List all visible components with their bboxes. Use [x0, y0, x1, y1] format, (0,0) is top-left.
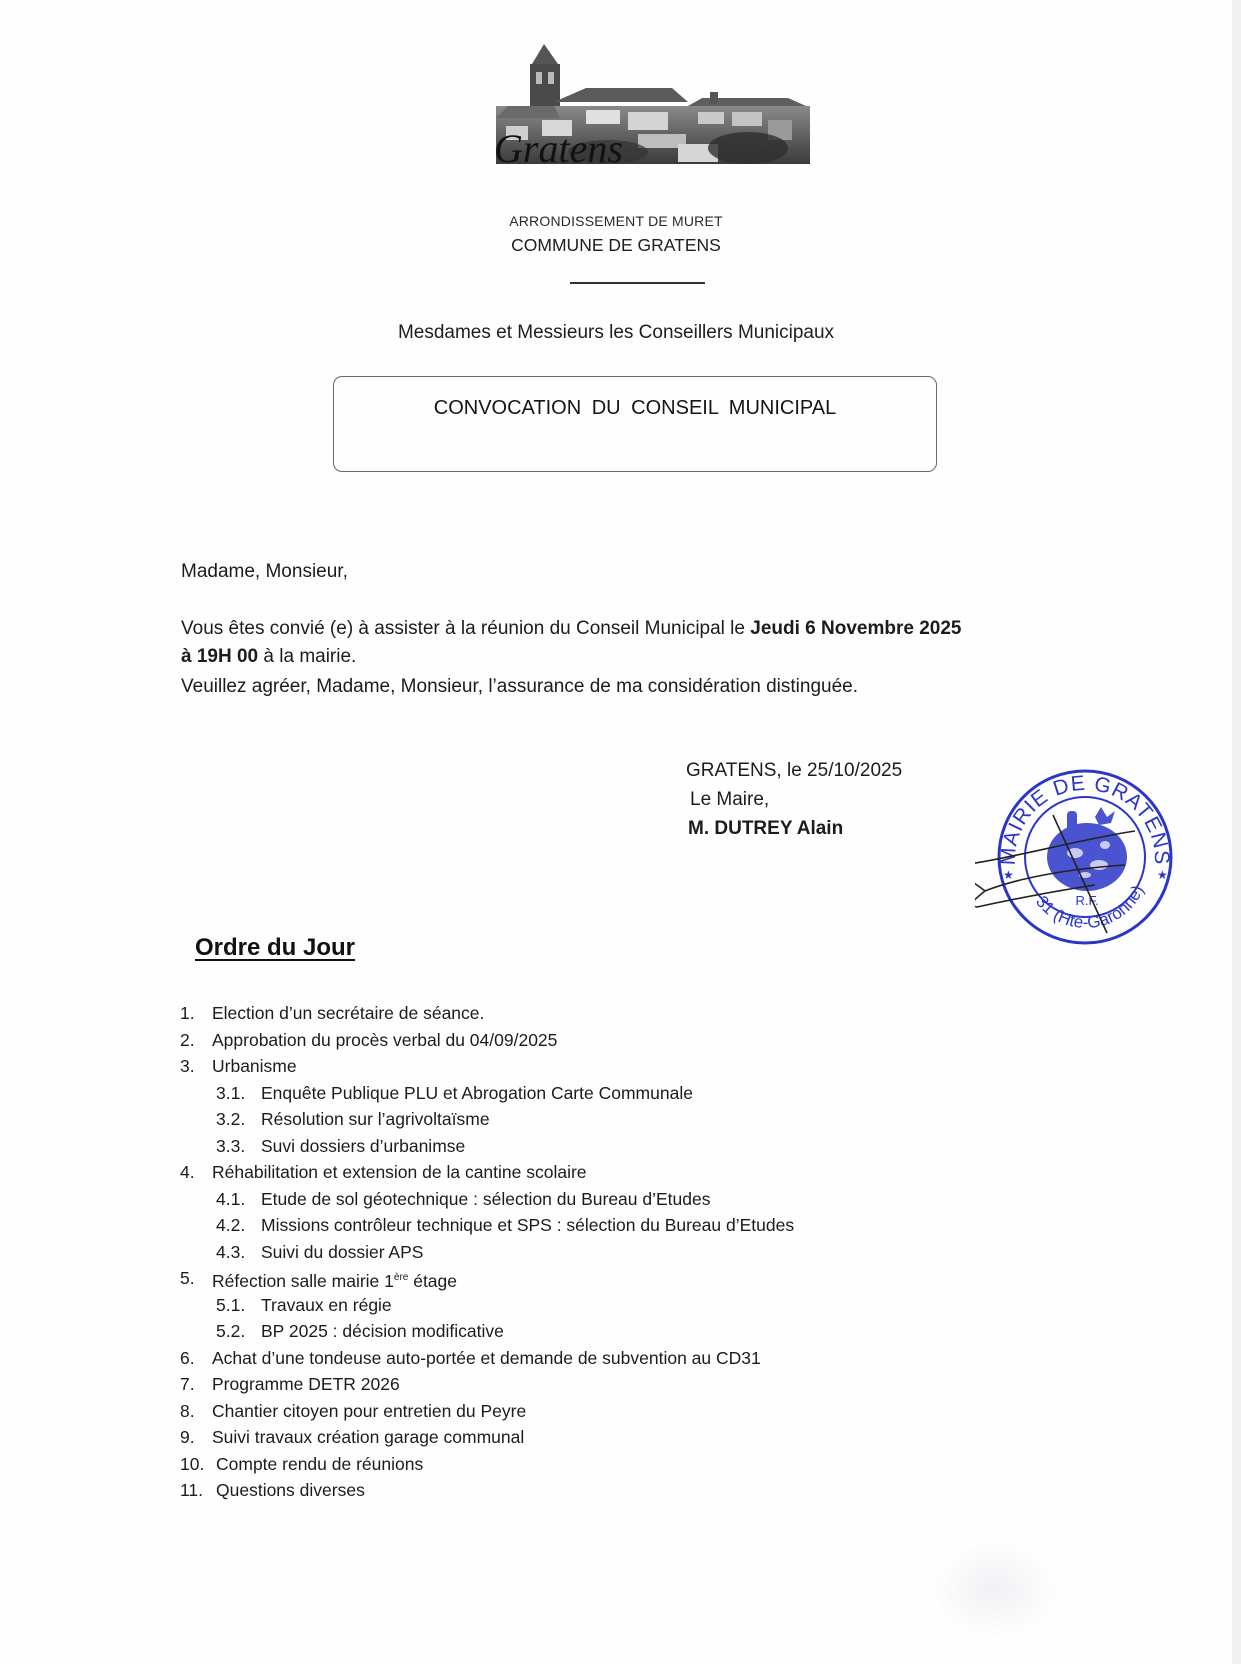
page-edge — [1232, 0, 1241, 1664]
agenda-item: 1.Election d’un secrétaire de séance. — [0, 1000, 1100, 1027]
addressee-line: Mesdames et Messieurs les Conseillers Mu… — [0, 322, 1232, 344]
agenda-item: 4.2.Missions contrôleur technique et SPS… — [0, 1212, 1100, 1239]
svg-text:★: ★ — [1003, 868, 1014, 882]
scan-smudge — [930, 1540, 1060, 1640]
agenda-item-number: 8. — [180, 1398, 195, 1425]
agenda-item-text: BP 2025 : décision modificative — [261, 1318, 504, 1345]
agenda-item-text: Réhabilitation et extension de la cantin… — [212, 1159, 587, 1186]
agenda-item-text: Questions diverses — [216, 1477, 365, 1504]
agenda-item-text: Compte rendu de réunions — [216, 1451, 423, 1478]
agenda-item-text: Suivi du dossier APS — [261, 1239, 423, 1266]
svg-text:Gratens: Gratens — [494, 126, 623, 170]
agenda-item: 5.Réfection salle mairie 1ère étage — [0, 1265, 1100, 1292]
official-stamp-icon: MAIRIE DE GRATENS 31 (Hte-Garonne) ★ ★ R… — [975, 765, 1185, 950]
agenda-item-text: Suvi dossiers d’urbanimse — [261, 1133, 465, 1160]
agenda-item-text: Achat d’une tondeuse auto-portée et dema… — [212, 1345, 761, 1372]
agenda-list: 1.Election d’un secrétaire de séance.2.A… — [0, 1000, 1100, 1504]
agenda-item: 6.Achat d’une tondeuse auto-portée et de… — [0, 1345, 1100, 1372]
agenda-item-number: 4.1. — [216, 1186, 245, 1213]
agenda-item: 9.Suivi travaux création garage communal — [0, 1424, 1100, 1451]
signature-title: Le Maire, — [690, 789, 769, 811]
agenda-item: 7.Programme DETR 2026 — [0, 1371, 1100, 1398]
agenda-item: 8.Chantier citoyen pour entretien du Pey… — [0, 1398, 1100, 1425]
agenda-item-text: Travaux en régie — [261, 1292, 392, 1319]
agenda-item: 11.Questions diverses — [0, 1477, 1100, 1504]
agenda-item: 4.3.Suivi du dossier APS — [0, 1239, 1100, 1266]
agenda-item-text: Election d’un secrétaire de séance. — [212, 1000, 484, 1027]
agenda-item-number: 10. — [180, 1451, 204, 1478]
agenda-item-text: Suivi travaux création garage communal — [212, 1424, 524, 1451]
agenda-item-text: Enquête Publique PLU et Abrogation Carte… — [261, 1080, 693, 1107]
convocation-title: CONVOCATION DU CONSEIL MUNICIPAL — [334, 397, 936, 420]
agenda-item-number: 7. — [180, 1371, 195, 1398]
agenda-item-number: 2. — [180, 1027, 195, 1054]
agenda-item: 3.1.Enquête Publique PLU et Abrogation C… — [0, 1080, 1100, 1107]
agenda-item-number: 3.2. — [216, 1106, 245, 1133]
header-divider — [570, 282, 705, 284]
agenda-heading: Ordre du Jour — [195, 934, 355, 962]
agenda-item-number: 9. — [180, 1424, 195, 1451]
signature-name: M. DUTREY Alain — [688, 818, 843, 840]
agenda-item: 10.Compte rendu de réunions — [0, 1451, 1100, 1478]
agenda-item-number: 5. — [180, 1265, 195, 1292]
agenda-item-number: 4. — [180, 1159, 195, 1186]
agenda-item-number: 3. — [180, 1053, 195, 1080]
agenda-item-number: 5.2. — [216, 1318, 245, 1345]
svg-text:★: ★ — [1157, 868, 1168, 882]
agenda-item-text: Etude de sol géotechnique : sélection du… — [261, 1186, 711, 1213]
invitation-time-line: à 19H 00 à la mairie. — [181, 646, 356, 668]
agenda-item-number: 5.1. — [216, 1292, 245, 1319]
village-illustration-logo: Gratens — [488, 40, 812, 170]
agenda-item-number: 3.1. — [216, 1080, 245, 1107]
signature-place-date: GRATENS, le 25/10/2025 — [686, 760, 902, 782]
document-page: Gratens ARRONDISSEMENT DE MURET COMMUNE … — [0, 0, 1232, 1664]
agenda-item: 4.Réhabilitation et extension de la cant… — [0, 1159, 1100, 1186]
agenda-item-text: Résolution sur l’agrivoltaïsme — [261, 1106, 490, 1133]
agenda-item-text: Réfection salle mairie 1ère étage — [212, 1265, 457, 1295]
convocation-title-box: CONVOCATION DU CONSEIL MUNICIPAL — [333, 376, 937, 472]
agenda-item-number: 1. — [180, 1000, 195, 1027]
meeting-time: à 19H 00 — [181, 646, 258, 667]
agenda-item-text: Chantier citoyen pour entretien du Peyre — [212, 1398, 526, 1425]
arrondissement-label: ARRONDISSEMENT DE MURET — [0, 213, 1232, 229]
agenda-item-text: Programme DETR 2026 — [212, 1371, 400, 1398]
agenda-item-text: Approbation du procès verbal du 04/09/20… — [212, 1027, 557, 1054]
agenda-item: 2.Approbation du procès verbal du 04/09/… — [0, 1027, 1100, 1054]
invitation-line: Vous êtes convié (e) à assister à la réu… — [181, 618, 961, 640]
letter-greeting: Madame, Monsieur, — [181, 561, 348, 583]
agenda-item: 3.3.Suvi dossiers d’urbanimse — [0, 1133, 1100, 1160]
agenda-item: 3.Urbanisme — [0, 1053, 1100, 1080]
agenda-item: 3.2.Résolution sur l’agrivoltaïsme — [0, 1106, 1100, 1133]
agenda-item-number: 3.3. — [216, 1133, 245, 1160]
agenda-item-number: 4.2. — [216, 1212, 245, 1239]
agenda-item-text: Urbanisme — [212, 1053, 297, 1080]
agenda-item-number: 4.3. — [216, 1239, 245, 1266]
agenda-item-text: Missions contrôleur technique et SPS : s… — [261, 1212, 794, 1239]
meeting-date: Jeudi 6 Novembre 2025 — [750, 618, 961, 639]
agenda-item: 4.1.Etude de sol géotechnique : sélectio… — [0, 1186, 1100, 1213]
closing-line: Veuillez agréer, Madame, Monsieur, l’ass… — [181, 676, 858, 698]
agenda-item-number: 6. — [180, 1345, 195, 1372]
agenda-item: 5.2.BP 2025 : décision modificative — [0, 1318, 1100, 1345]
commune-label: COMMUNE DE GRATENS — [0, 235, 1232, 256]
agenda-item: 5.1.Travaux en régie — [0, 1292, 1100, 1319]
agenda-item-number: 11. — [180, 1477, 203, 1504]
